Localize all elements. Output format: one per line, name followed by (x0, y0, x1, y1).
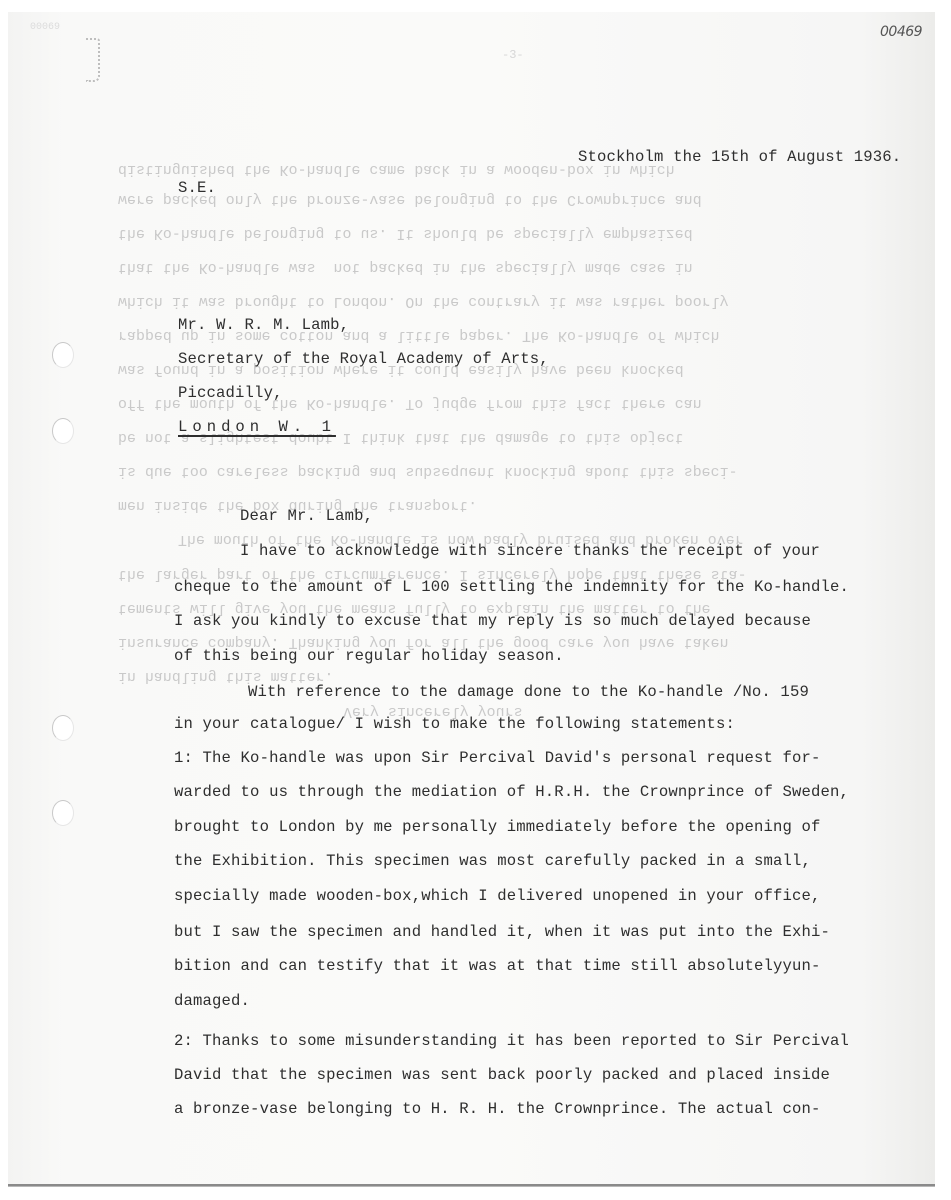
recipient-street: Piccadilly, (178, 384, 283, 402)
body-line: but I saw the specimen and handled it, w… (174, 923, 830, 941)
recipient-city: London W. 1 (178, 418, 336, 436)
body-line: 1: The Ko-handle was upon Sir Percival D… (174, 749, 821, 767)
body-line: of this being our regular holiday season… (174, 647, 564, 665)
body-line: David that the specimen was sent back po… (174, 1066, 830, 1084)
page-number: -3- (502, 48, 524, 62)
body-line: warded to us through the mediation of H.… (174, 783, 849, 801)
body-line: damaged. (174, 992, 250, 1010)
body-line: 2: Thanks to some misunderstanding it ha… (174, 1032, 849, 1050)
body-line: a bronze-vase belonging to H. R. H. the … (174, 1100, 821, 1118)
body-line: brought to London by me personally immed… (174, 818, 821, 836)
bleed-line: that the Ko-handle was not packed in the… (118, 258, 693, 276)
letter-page: distinguished the Ko-handle came back in… (8, 12, 935, 1186)
bleed-line: which it was brought to London. On the c… (118, 292, 729, 310)
body-line: specially made wooden-box,which I delive… (174, 887, 821, 905)
body-line: bition and can testify that it was at th… (174, 957, 821, 975)
bleed-line: the Ko-handle belonging to us. It should… (118, 224, 693, 242)
body-line: in your catalogue/ I wish to make the fo… (174, 715, 735, 733)
punch-hole (52, 418, 74, 444)
body-line: With reference to the damage done to the… (248, 683, 809, 701)
sender-initials: S.E. (178, 179, 216, 197)
corner-mark: 00069 (30, 22, 60, 33)
salutation: Dear Mr. Lamb, (240, 507, 373, 525)
punch-hole (52, 800, 74, 826)
body-line: I ask you kindly to excuse that my reply… (174, 612, 811, 630)
body-line: I have to acknowledge with sincere thank… (240, 542, 820, 560)
recipient-name: Mr. W. R. M. Lamb, (178, 316, 349, 334)
body-line: the Exhibition. This specimen was most c… (174, 852, 811, 870)
archive-number: 00469 (880, 24, 922, 40)
body-line: cheque to the amount of L 100 settling t… (174, 578, 849, 596)
bleed-line: is due too careless packing and subseque… (118, 462, 738, 480)
dateline: Stockholm the 15th of August 1936. (578, 148, 901, 166)
punch-hole (52, 715, 74, 741)
staple-mark (86, 38, 100, 82)
recipient-title: Secretary of the Royal Academy of Arts, (178, 350, 549, 368)
punch-hole (52, 342, 74, 368)
